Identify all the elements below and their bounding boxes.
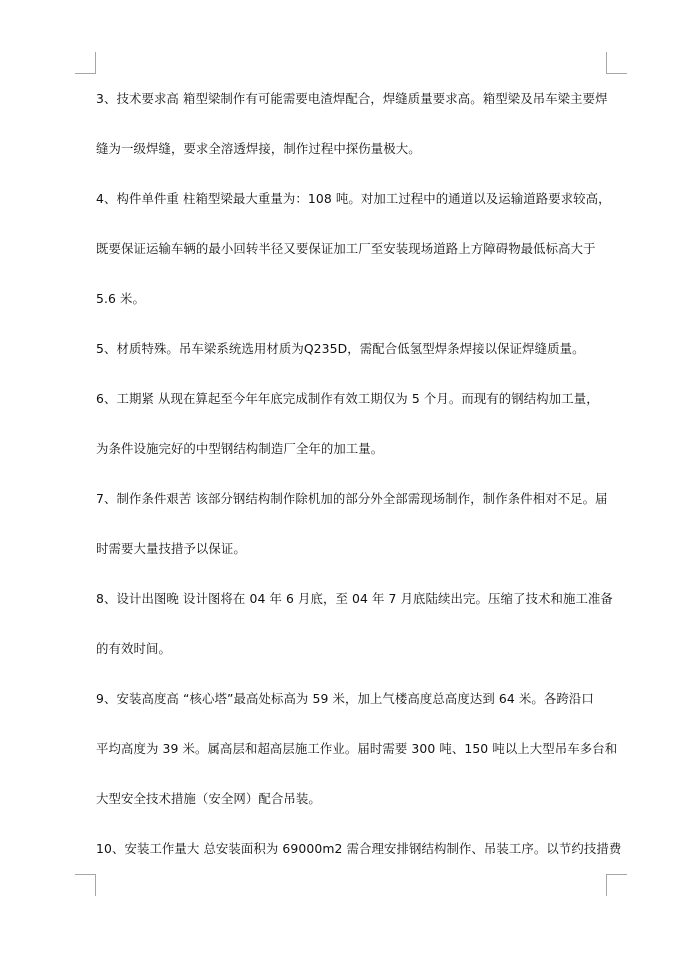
paragraph-line: 为条件设施完好的中型钢结构制造厂全年的加工量。 bbox=[96, 438, 608, 488]
paragraph-line: 10、安装工作量大 总安装面积为 69000m2 需合理安排钢结构制作、吊装工序… bbox=[96, 838, 608, 888]
paragraph-line: 5、材质特殊。吊车梁系统选用材质为Q235D，需配合低氢型焊条焊接以保证焊缝质量… bbox=[96, 338, 608, 388]
paragraph-line: 3、技术要求高 箱型梁制作有可能需要电渣焊配合，焊缝质量要求高。箱型梁及吊车梁主… bbox=[96, 88, 608, 138]
paragraph-line: 7、制作条件艰苦 该部分钢结构制作除机加的部分外全部需现场制作，制作条件相对不足… bbox=[96, 488, 608, 538]
page-corner-mark-bottom-left bbox=[75, 874, 96, 896]
paragraph-line: 8、设计出图晚 设计图将在 04 年 6 月底，至 04 年 7 月底陆续出完。… bbox=[96, 588, 608, 638]
paragraph-line: 5.6 米。 bbox=[96, 288, 608, 338]
paragraph-line: 平均高度为 39 米。属高层和超高层施工作业。届时需要 300 吨、150 吨以… bbox=[96, 738, 608, 788]
paragraph-line: 大型安全技术措施（安全网）配合吊装。 bbox=[96, 788, 608, 838]
paragraph-line: 既要保证运输车辆的最小回转半径又要保证加工厂至安装现场道路上方障碍物最低标高大于 bbox=[96, 238, 608, 288]
document-body: 3、技术要求高 箱型梁制作有可能需要电渣焊配合，焊缝质量要求高。箱型梁及吊车梁主… bbox=[96, 88, 608, 888]
paragraph-line: 6、工期紧 从现在算起至今年年底完成制作有效工期仅为 5 个月。而现有的钢结构加… bbox=[96, 388, 608, 438]
page-corner-mark-bottom-right bbox=[606, 874, 627, 896]
paragraph-line: 时需要大量技措予以保证。 bbox=[96, 538, 608, 588]
paragraph-line: 缝为一级焊缝，要求全溶透焊接，制作过程中探伤量极大。 bbox=[96, 138, 608, 188]
paragraph-line: 4、构件单件重 柱箱型梁最大重量为：108 吨。对加工过程中的通道以及运输道路要… bbox=[96, 188, 608, 238]
page-corner-mark-top-left bbox=[75, 52, 96, 74]
paragraph-line: 9、安装高度高 “核心塔”最高处标高为 59 米，加上气楼高度总高度达到 64 … bbox=[96, 688, 608, 738]
page-corner-mark-top-right bbox=[606, 52, 627, 74]
paragraph-line: 的有效时间。 bbox=[96, 638, 608, 688]
